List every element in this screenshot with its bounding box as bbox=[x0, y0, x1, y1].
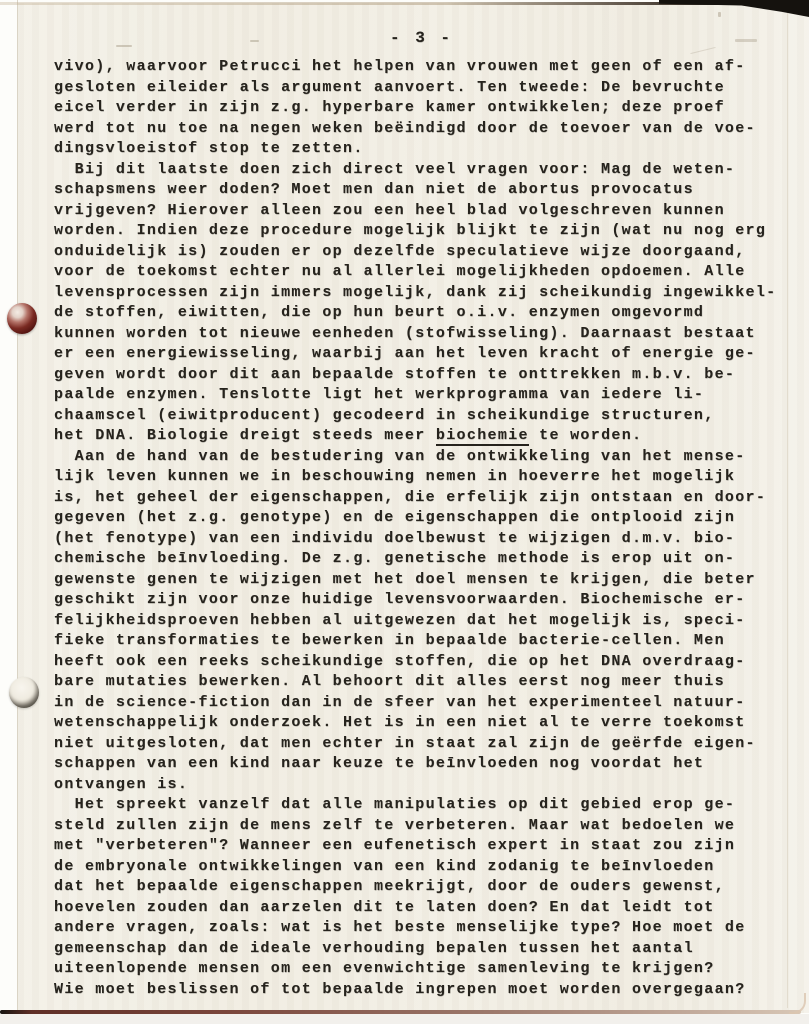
text-line: schapsmens weer doden? Moet men dan niet… bbox=[54, 180, 777, 201]
text-line: vrijgeven? Hierover alleen zou een heel … bbox=[54, 201, 777, 222]
text-line: kunnen worden tot nieuwe eenheden (stofw… bbox=[54, 324, 777, 345]
text-line: gegeven (het z.g. genotype) en de eigens… bbox=[54, 508, 777, 529]
text-line: Aan de hand van de bestudering van de on… bbox=[54, 447, 777, 468]
text-line: wetenschappelijk onderzoek. Het is in ee… bbox=[54, 713, 777, 734]
text-line: is, het geheel der eigenschappen, die er… bbox=[54, 488, 777, 509]
text-line: het DNA. Biologie dreigt steeds meer bio… bbox=[54, 426, 777, 447]
text-line: uiteenlopende mensen om een evenwichtige… bbox=[54, 959, 777, 980]
text-line: de stoffen, eiwitten, die op hun beurt o… bbox=[54, 303, 777, 324]
text-line: Het spreekt vanzelf dat alle manipulatie… bbox=[54, 795, 777, 816]
text-line: dingsvloeistof stop te zetten. bbox=[54, 139, 777, 160]
text-line: (het fenotype) van een individu doelbewu… bbox=[54, 529, 777, 550]
text-line: er een energiewisseling, waarbij aan het… bbox=[54, 344, 777, 365]
text-line: andere vragen, zoals: wat is het beste m… bbox=[54, 918, 777, 939]
text-line: gesloten eileider als argument aanvoert.… bbox=[54, 78, 777, 99]
text-line: dat het bepaalde eigenschappen meekrijgt… bbox=[54, 877, 777, 898]
document-lines: vivo), waarvoor Petrucci het helpen van … bbox=[54, 57, 777, 1000]
text-line: werd tot nu toe na negen weken beëindigd… bbox=[54, 119, 777, 140]
page-number: - 3 - bbox=[0, 29, 809, 47]
binder-grommet-icon-bottom bbox=[9, 677, 39, 708]
paper-right-edge bbox=[787, 8, 788, 1008]
text-line: geschikt zijn voor onze huidige levensvo… bbox=[54, 590, 777, 611]
text-line: heeft ook een reeks scheikundige stoffen… bbox=[54, 652, 777, 673]
text-line: geven wordt door dit aan bepaalde stoffe… bbox=[54, 365, 777, 386]
text-line: hoevelen zouden dan aarzelen dit te late… bbox=[54, 898, 777, 919]
text-line: voor de toekomst echter nu al allerlei m… bbox=[54, 262, 777, 283]
text-line: levensprocessen zijn immers mogelijk, da… bbox=[54, 283, 777, 304]
text-line: fieke transformaties te bewerken in bepa… bbox=[54, 631, 777, 652]
paper-left-edge bbox=[17, 0, 18, 1013]
text-line: gewenste genen te wijzigen met het doel … bbox=[54, 570, 777, 591]
text-line: bare mutaties bewerken. Al behoort dit a… bbox=[54, 672, 777, 693]
text-line: chaamscel (eiwitproducent) gecodeerd in … bbox=[54, 406, 777, 427]
text-line: steld zullen zijn de mens zelf te verbet… bbox=[54, 816, 777, 837]
text-line: gemeenschap dan de ideale verhouding bep… bbox=[54, 939, 777, 960]
text-line: Bij dit laatste doen zich direct veel vr… bbox=[54, 160, 777, 181]
text-line: schappen van een kind naar keuze te beīn… bbox=[54, 754, 777, 775]
text-line: vivo), waarvoor Petrucci het helpen van … bbox=[54, 57, 777, 78]
text-line: worden. Indien deze procedure mogelijk b… bbox=[54, 221, 777, 242]
text-line: niet uitgesloten, dat men echter in staa… bbox=[54, 734, 777, 755]
text-line: ontvangen is. bbox=[54, 775, 777, 796]
text-line: paalde enzymen. Tenslotte ligt het werkp… bbox=[54, 385, 777, 406]
scan-speck bbox=[718, 12, 721, 17]
text-line: chemische beīnvloeding. De z.g. genetisc… bbox=[54, 549, 777, 570]
scanned-page: - 3 - vivo), waarvoor Petrucci het helpe… bbox=[0, 0, 809, 1024]
text-line: met "verbeteren"? Wanneer een eufenetisc… bbox=[54, 836, 777, 857]
text-line: de embryonale ontwikkelingen van een kin… bbox=[54, 857, 777, 878]
text-line: onduidelijk is) zouden er op dezelfde sp… bbox=[54, 242, 777, 263]
text-line: Wie moet beslissen of tot bepaalde ingre… bbox=[54, 980, 777, 1001]
text-line: in de science-fiction dan in de sfeer va… bbox=[54, 693, 777, 714]
text-line: eicel verder in zijn z.g. hyperbare kame… bbox=[54, 98, 777, 119]
scan-background bbox=[0, 1014, 809, 1024]
text-line: lijk leven kunnen we in beschouwing neme… bbox=[54, 467, 777, 488]
text-line: felijkheidsproeven hebben al uitgewezen … bbox=[54, 611, 777, 632]
binder-grommet-icon-top bbox=[7, 303, 37, 334]
